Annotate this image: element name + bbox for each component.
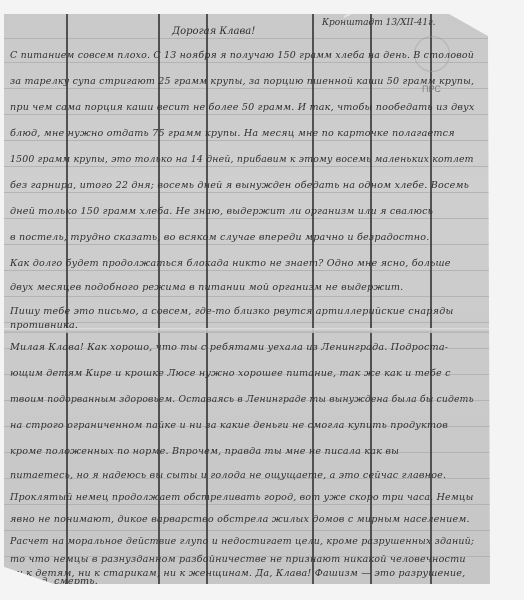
- ruled-line: [4, 140, 490, 141]
- text-line: 1500 грамм крупы, это только на 14 дней,…: [10, 154, 474, 165]
- text-line: Проклятый немец продолжает обстреливать …: [10, 492, 474, 503]
- greeting: Дорогая Клава!: [172, 26, 255, 37]
- text-line: ющим детям Кире и крошке Люсе нужно хоро…: [10, 368, 451, 379]
- text-line: Милая Клава! Как хорошо, что ты с ребята…: [10, 342, 448, 353]
- text-line: Пишу тебе это письмо, а совсем, где-то б…: [10, 306, 454, 317]
- place-date: Кронштадт 13/XII-41г.: [322, 18, 436, 28]
- ruled-line: [4, 504, 490, 505]
- text-line: С питанием совсем плохо. С 13 ноября я п…: [10, 50, 474, 61]
- ruled-line: [4, 166, 490, 167]
- letter-page: ПРС Кронштадт 13/XII-41г. Дорогая Клава!…: [4, 14, 490, 584]
- ruled-line: [4, 296, 490, 297]
- text-line: блюд, мне нужно отдать 75 грамм крупы. Н…: [10, 128, 455, 139]
- ruled-line: [4, 218, 490, 219]
- text-line: твоим подорванным здоровьем. Оставаясь в…: [10, 394, 474, 405]
- text-line: то что немцы в разнузданном разбойничест…: [10, 554, 466, 565]
- ruled-line: [4, 192, 490, 193]
- text-line: без гарнира, итого 22 дня; восемь дней я…: [10, 180, 469, 191]
- text-line: питаетесь, но я надеюсь вы сыты и голода…: [10, 470, 446, 481]
- text-line: явно не понимают, дикое варварство обстр…: [10, 514, 470, 525]
- text-line: на строго ограниченном пайке и ни за как…: [10, 420, 448, 431]
- ruled-line: [4, 88, 490, 89]
- text-line: в постель, трудно сказать, во всяком слу…: [10, 232, 430, 243]
- ruled-line: [4, 114, 490, 115]
- text-line: противника.: [10, 320, 78, 331]
- text-line: дней только 150 грамм хлеба. Не знаю, вы…: [10, 206, 433, 217]
- ruled-line: [4, 244, 490, 245]
- text-line: двух месяцев подобного режима в питании …: [10, 282, 403, 293]
- text-line: кроме положенных по норме. Впрочем, прав…: [10, 446, 399, 457]
- text-line: за тарелку супа стригают 25 грамм крупы,…: [10, 76, 474, 87]
- ruled-line: [4, 530, 490, 531]
- text-line: Расчет на моральное действие глупо и нед…: [10, 536, 474, 547]
- text-line: голод, смерть.: [18, 576, 98, 587]
- ruled-line: [4, 38, 490, 39]
- text-line: Как долго будет продолжаться блокада ник…: [10, 258, 451, 269]
- ruled-line: [4, 270, 490, 271]
- text-line: при чем сама порция каши весит не более …: [10, 102, 475, 113]
- corner-fold-crease: [344, 0, 470, 18]
